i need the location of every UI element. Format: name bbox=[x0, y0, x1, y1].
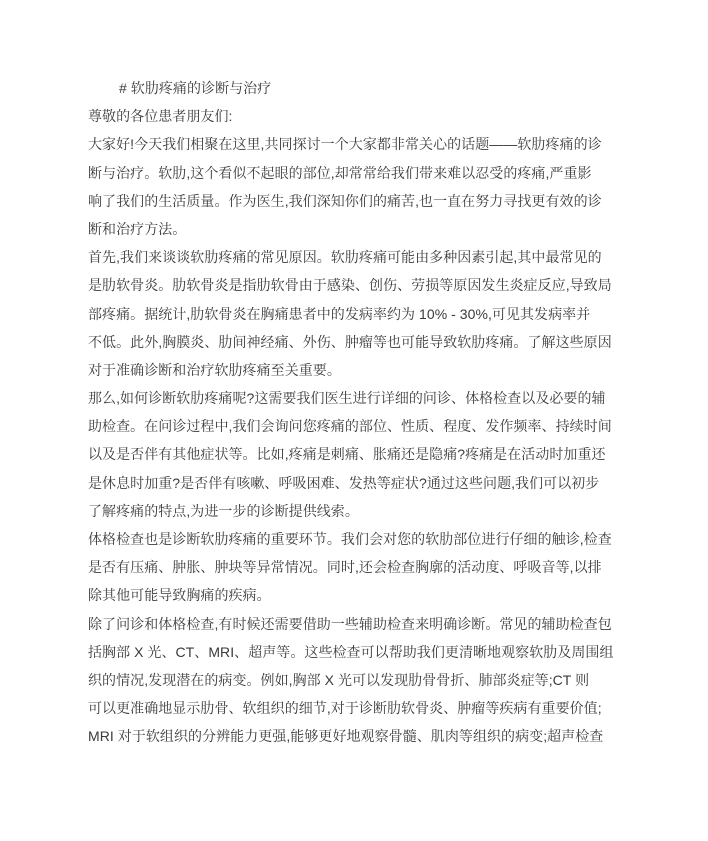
document-heading-line: # 软肋疼痛的诊断与治疗 bbox=[88, 74, 622, 102]
text-line: 不低。此外,胸膜炎、肋间神经痛、外伤、肿瘤等也可能导致软肋疼痛。了解这些原因 bbox=[88, 328, 622, 356]
text-line: 断和治疗方法。 bbox=[88, 215, 622, 243]
text-line: 体格检查也是诊断软肋疼痛的重要环节。我们会对您的软肋部位进行仔细的触诊,检查 bbox=[88, 525, 622, 553]
text-line: 括胸部 X 光、CT、MRI、超声等。这些检查可以帮助我们更清晰地观察软肋及周围… bbox=[88, 638, 622, 666]
text-line: 部疼痛。据统计,肋软骨炎在胸痛患者中的发病率约为 10% - 30%,可见其发病… bbox=[88, 300, 622, 328]
text-line: 了解疼痛的特点,为进一步的诊断提供线索。 bbox=[88, 497, 622, 525]
text-line: 断与治疗。软肋,这个看似不起眼的部位,却常常给我们带来难以忍受的疼痛,严重影 bbox=[88, 159, 622, 187]
text-line: 是肋软骨炎。肋软骨炎是指肋软骨由于感染、创伤、劳损等原因发生炎症反应,导致局 bbox=[88, 271, 622, 299]
document-text-block: # 软肋疼痛的诊断与治疗 尊敬的各位患者朋友们: 大家好!今天我们相聚在这里,共… bbox=[88, 74, 622, 751]
document-page: # 软肋疼痛的诊断与治疗 尊敬的各位患者朋友们: 大家好!今天我们相聚在这里,共… bbox=[0, 0, 708, 841]
text-line: MRI 对于软组织的分辨能力更强,能够更好地观察骨髓、肌肉等组织的病变;超声检查 bbox=[88, 722, 622, 750]
text-line: 那么,如何诊断软肋疼痛呢?这需要我们医生进行详细的问诊、体格检查以及必要的辅 bbox=[88, 384, 622, 412]
text-line: 除其他可能导致胸痛的疾病。 bbox=[88, 581, 622, 609]
text-line: 对于准确诊断和治疗软肋疼痛至关重要。 bbox=[88, 356, 622, 384]
text-line: 首先,我们来谈谈软肋疼痛的常见原因。软肋疼痛可能由多种因素引起,其中最常见的 bbox=[88, 243, 622, 271]
text-line: 大家好!今天我们相聚在这里,共同探讨一个大家都非常关心的话题——软肋疼痛的诊 bbox=[88, 130, 622, 158]
text-line: 可以更准确地显示肋骨、软组织的细节,对于诊断肋软骨炎、肿瘤等疾病有重要价值; bbox=[88, 694, 622, 722]
text-line: 织的情况,发现潜在的病变。例如,胸部 X 光可以发现肋骨骨折、肺部炎症等;CT … bbox=[88, 666, 622, 694]
text-line: 是否有压痛、肿胀、肿块等异常情况。同时,还会检查胸廓的活动度、呼吸音等,以排 bbox=[88, 553, 622, 581]
text-line: 以及是否伴有其他症状等。比如,疼痛是刺痛、胀痛还是隐痛?疼痛是在活动时加重还 bbox=[88, 440, 622, 468]
text-line: 响了我们的生活质量。作为医生,我们深知你们的痛苦,也一直在努力寻找更有效的诊 bbox=[88, 187, 622, 215]
text-line: 助检查。在问诊过程中,我们会询问您疼痛的部位、性质、程度、发作频率、持续时间 bbox=[88, 412, 622, 440]
salutation-line: 尊敬的各位患者朋友们: bbox=[88, 102, 622, 130]
text-line: 是休息时加重?是否伴有咳嗽、呼吸困难、发热等症状?通过这些问题,我们可以初步 bbox=[88, 469, 622, 497]
text-line: 除了问诊和体格检查,有时候还需要借助一些辅助检查来明确诊断。常见的辅助检查包 bbox=[88, 610, 622, 638]
